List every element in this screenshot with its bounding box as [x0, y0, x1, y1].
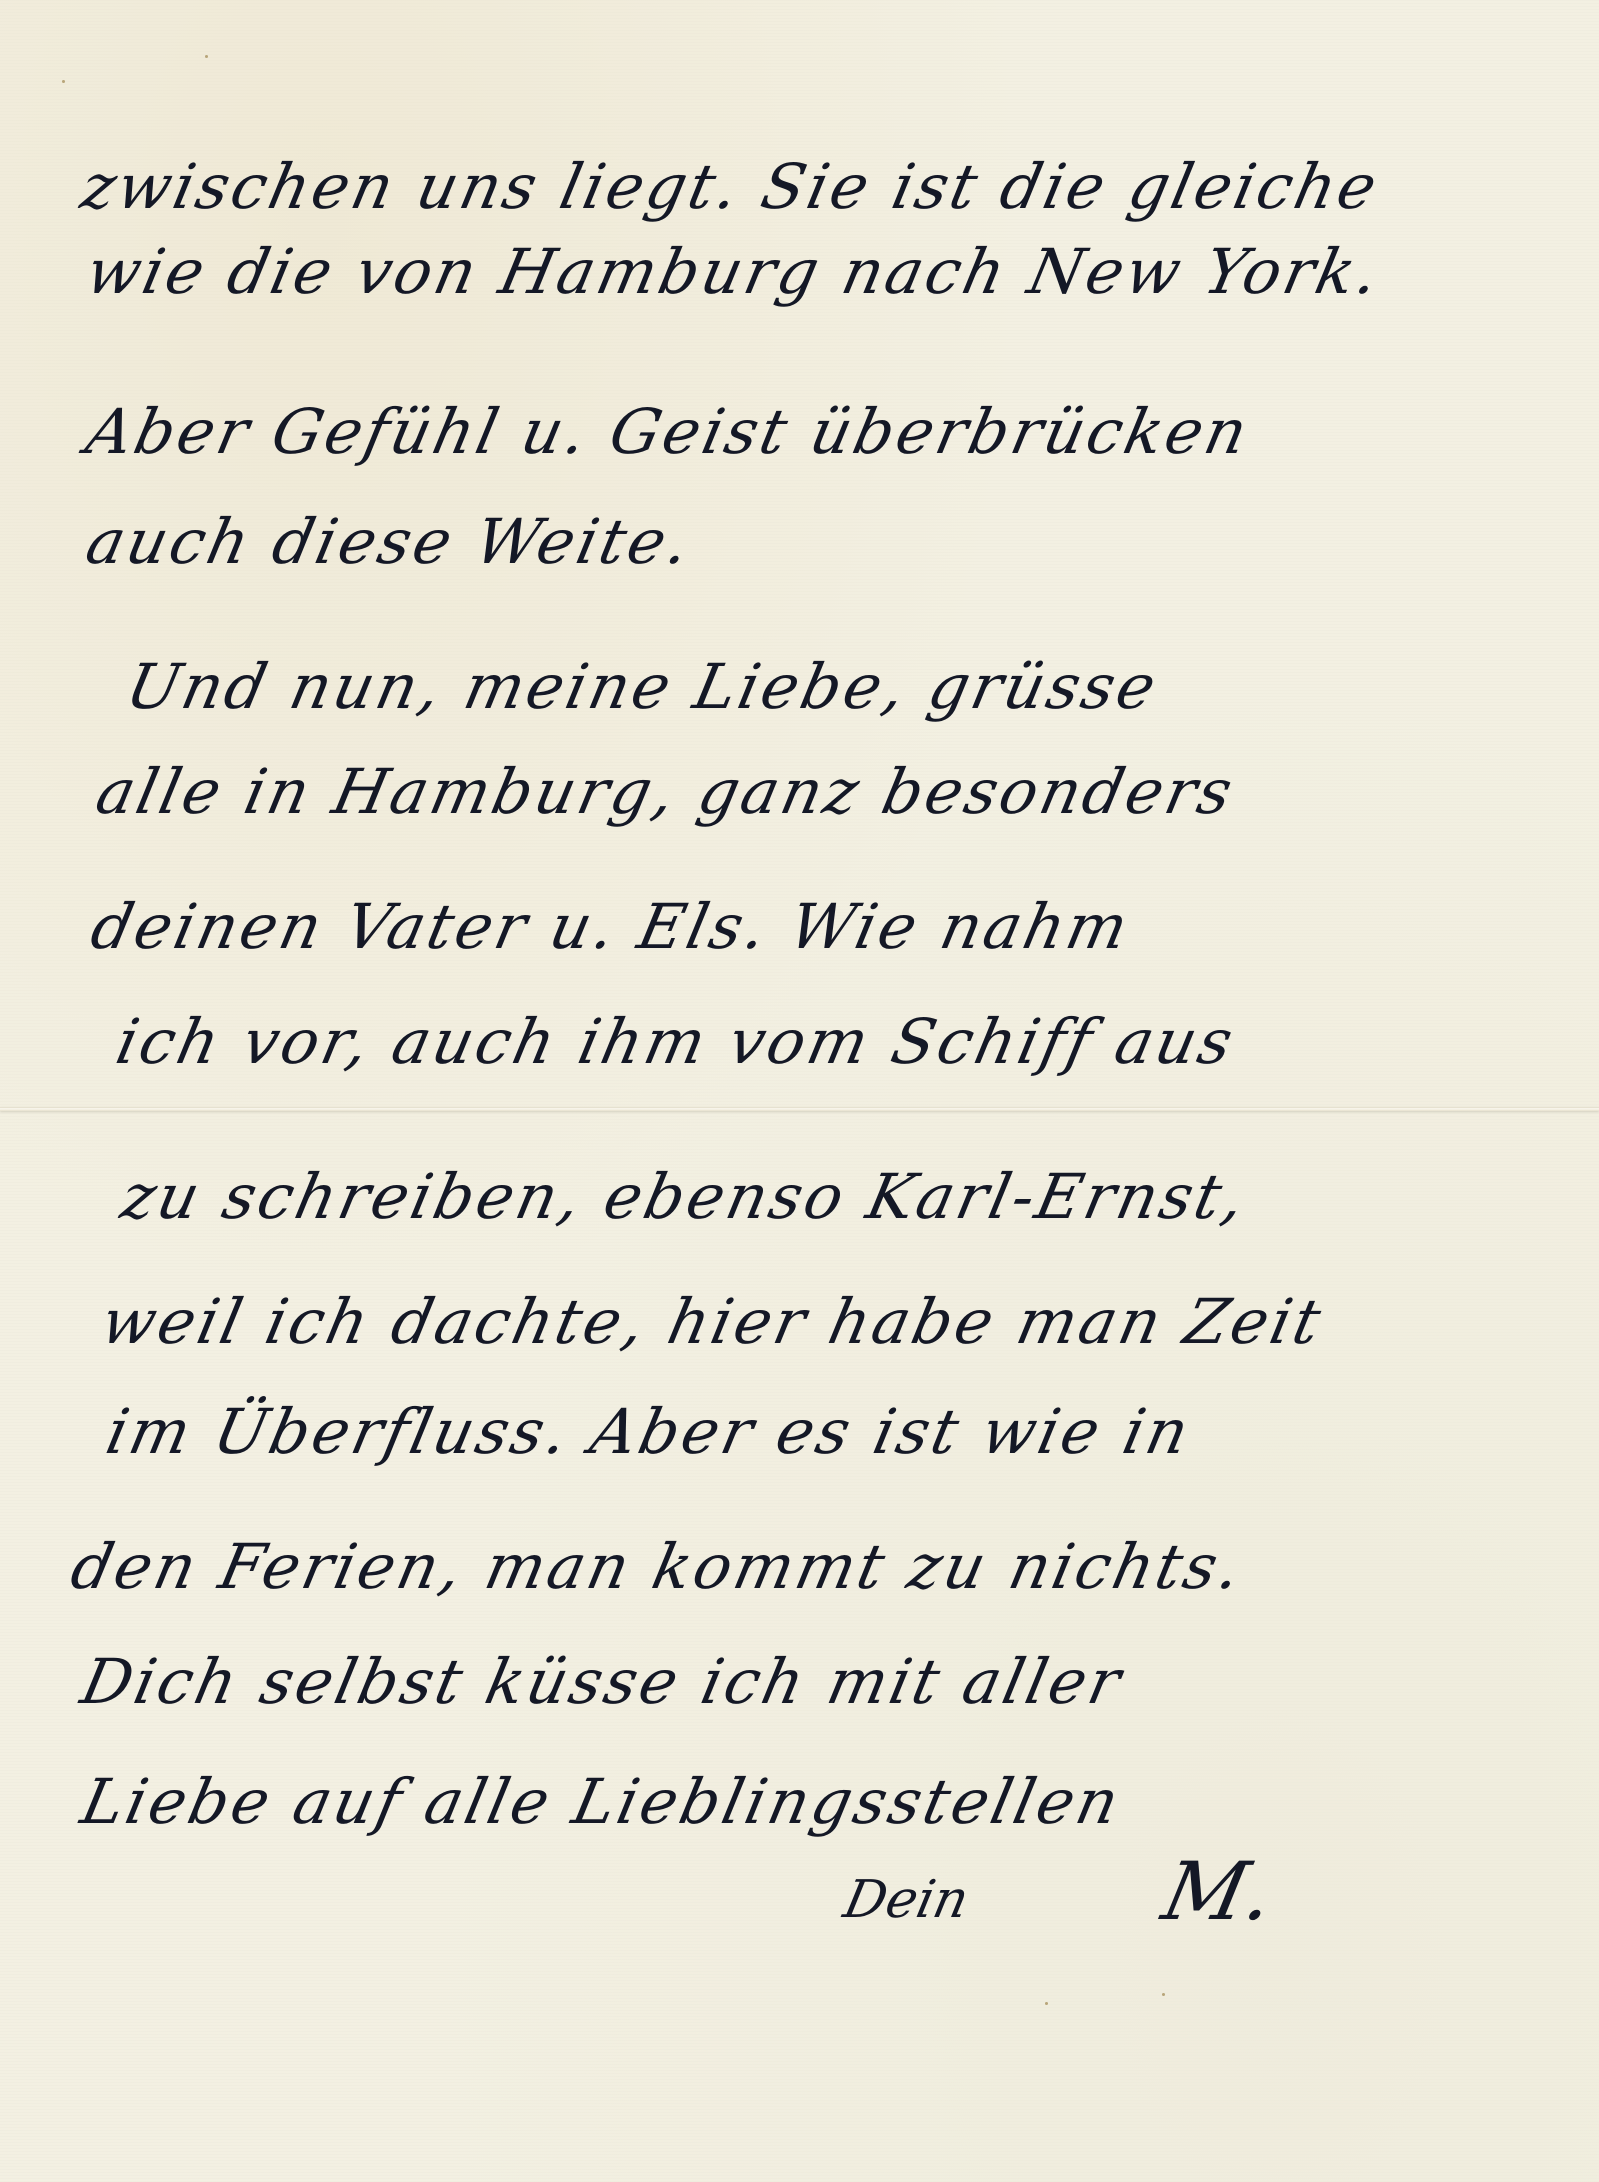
letter-line-10: weil ich dachte, hier habe man Zeit	[95, 1285, 1330, 1358]
letter-line-2: wie die von Hamburg nach New York.	[80, 235, 1388, 308]
letter-line-12: den Ferien, man kommt zu nichts.	[65, 1530, 1250, 1603]
letter-page: zwischen uns liegt. Sie ist die gleiche …	[0, 0, 1599, 2182]
paper-fold-crease	[0, 1107, 1599, 1111]
signature-initial: M.	[1155, 1845, 1282, 1938]
letter-line-11: im Überfluss. Aber es ist wie in	[100, 1395, 1198, 1468]
letter-line-8: ich vor, auch ihm vom Schiff aus	[110, 1005, 1242, 1078]
paper-speck	[205, 55, 208, 58]
letter-line-3: Aber Gefühl u. Geist überbrücken	[80, 395, 1257, 468]
paper-speck	[1162, 1993, 1165, 1996]
letter-line-1: zwischen uns liegt. Sie ist die gleiche	[75, 150, 1386, 223]
closing-word: Dein	[839, 1870, 974, 1930]
paper-speck	[1045, 2002, 1048, 2005]
letter-line-5: Und nun, meine Liebe, grüsse	[120, 650, 1165, 723]
paper-speck	[62, 80, 65, 83]
letter-line-14: Liebe auf alle Lieblingsstellen	[75, 1765, 1128, 1838]
letter-line-6: alle in Hamburg, ganz besonders	[90, 755, 1241, 828]
letter-line-13: Dich selbst küsse ich mit aller	[75, 1645, 1130, 1718]
letter-line-7: deinen Vater u. Els. Wie nahm	[85, 890, 1137, 963]
letter-line-4: auch diese Weite.	[80, 505, 699, 578]
letter-line-9: zu schreiben, ebenso Karl-Ernst,	[115, 1160, 1254, 1233]
